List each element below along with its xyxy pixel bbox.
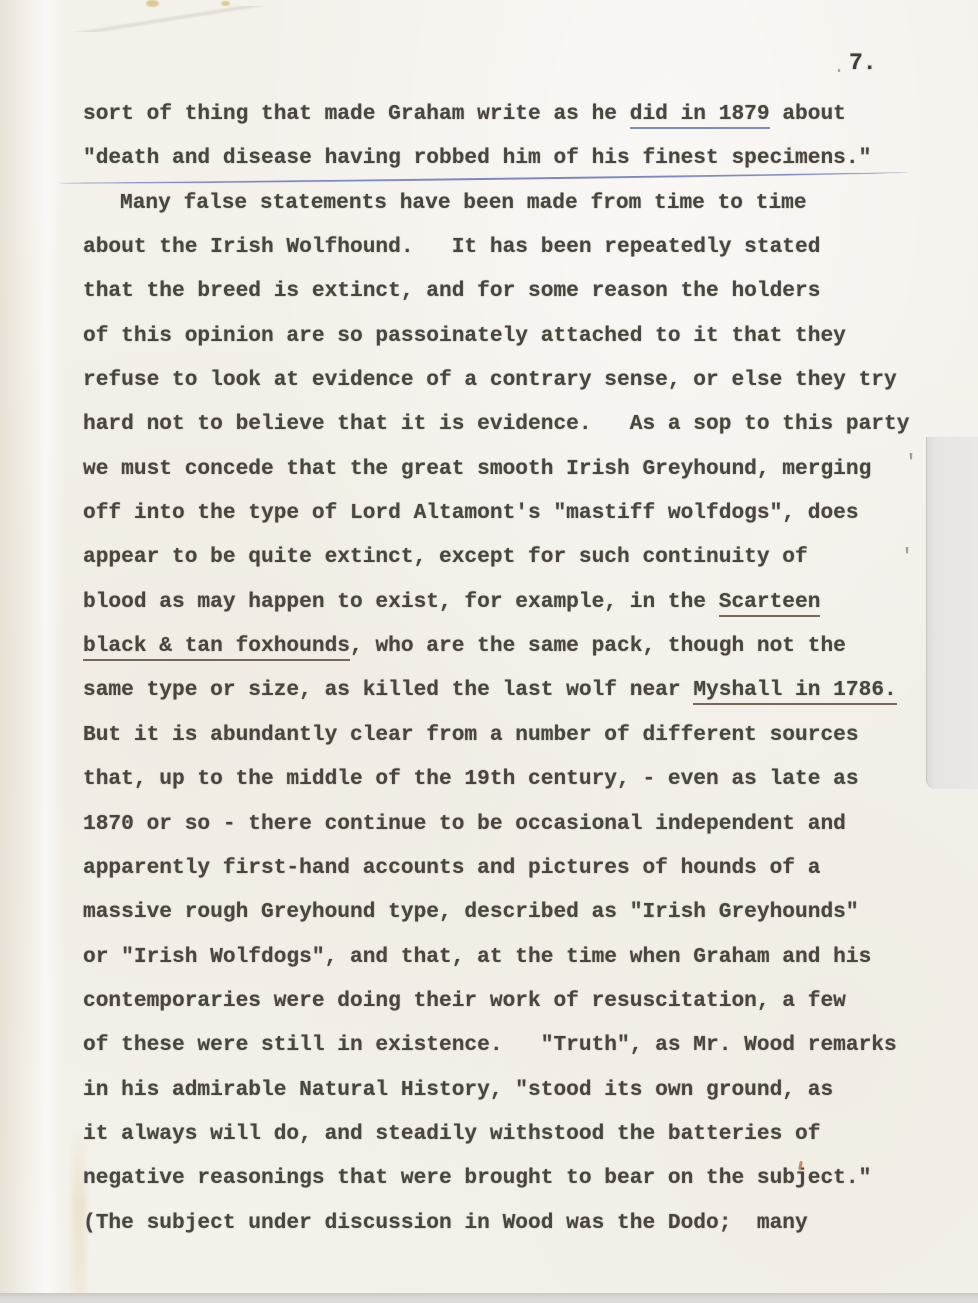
line-text: apparently first-hand accounts and pictu… xyxy=(83,856,820,880)
text-line: negative reasonings that were brought to… xyxy=(83,1156,909,1200)
line-text: of this opinion are so passoinately atta… xyxy=(83,324,846,348)
text-line: appear to be quite extinct, except for s… xyxy=(83,535,909,579)
line-text: refuse to look at evidence of a contrary… xyxy=(83,368,897,392)
scanned-page: . 7. sort of thing that made Graham writ… xyxy=(0,0,978,1303)
text-line: about the Irish Wolfhound. It has been r… xyxy=(83,225,909,269)
line-text: massive rough Greyhound type, described … xyxy=(83,900,859,924)
paper-speck xyxy=(221,1,230,6)
line-text: that the breed is extinct, and for some … xyxy=(83,279,820,303)
text-line: 1870 or so - there continue to be occasi… xyxy=(83,802,909,846)
line-text: about the Irish Wolfhound. It has been r… xyxy=(83,235,820,259)
line-text: or "Irish Wolfdogs", and that, at the ti… xyxy=(83,945,871,969)
text-line: apparently first-hand accounts and pictu… xyxy=(83,846,909,890)
text-line: massive rough Greyhound type, described … xyxy=(83,890,909,934)
text-line: refuse to look at evidence of a contrary… xyxy=(83,358,909,402)
line-text: it always will do, and steadily withstoo… xyxy=(83,1122,820,1146)
text-line: hard not to believe that it is evidence.… xyxy=(83,402,909,446)
line-text: same type or size, as killed the last wo… xyxy=(83,678,693,702)
line-text: of these were still in existence. "Truth… xyxy=(83,1033,897,1057)
underlined-text: did in 1879 xyxy=(630,102,770,129)
text-line: sort of thing that made Graham write as … xyxy=(83,92,909,136)
line-text: But it is abundantly clear from a number… xyxy=(83,723,859,747)
text-line: blood as may happen to exist, for exampl… xyxy=(83,580,909,624)
text-line: same type or size, as killed the last wo… xyxy=(83,668,909,712)
text-line: black & tan foxhounds, who are the same … xyxy=(83,624,909,668)
line-text: , who are the same pack, though not the xyxy=(350,634,846,658)
text-line: contemporaries were doing their work of … xyxy=(83,979,909,1023)
stray-ink-mark: ' xyxy=(901,546,913,569)
underlined-text: Myshall in 1786. xyxy=(693,678,896,705)
line-text: appear to be quite extinct, except for s… xyxy=(83,545,808,569)
paper-crease xyxy=(0,6,340,32)
text-line: of this opinion are so passoinately atta… xyxy=(83,314,909,358)
line-text: "death and disease having robbed him of … xyxy=(83,146,871,170)
line-text: hard not to believe that it is evidence.… xyxy=(83,412,909,436)
line-text: blood as may happen to exist, for exampl… xyxy=(83,590,719,614)
text-line: that, up to the middle of the 19th centu… xyxy=(83,757,909,801)
line-text: we must concede that the great smooth Ir… xyxy=(83,457,871,481)
line-text: about xyxy=(770,102,846,126)
line-text: (The subject under discussion in Wood wa… xyxy=(83,1211,808,1235)
text-line: (The subject under discussion in Wood wa… xyxy=(83,1201,909,1245)
text-line: we must concede that the great smooth Ir… xyxy=(83,447,909,491)
stray-ink-dot: . xyxy=(833,56,845,79)
text-line: in his admirable Natural History, "stood… xyxy=(83,1068,909,1112)
text-line: "death and disease having robbed him of … xyxy=(83,136,909,180)
text-line: that the breed is extinct, and for some … xyxy=(83,269,909,313)
text-line: it always will do, and steadily withstoo… xyxy=(83,1112,909,1156)
line-text: in his admirable Natural History, "stood… xyxy=(83,1078,833,1102)
text-line: But it is abundantly clear from a number… xyxy=(83,713,909,757)
line-text: that, up to the middle of the 19th centu… xyxy=(83,767,859,791)
scan-background-bottom xyxy=(0,1293,978,1303)
text-line: off into the type of Lord Altamont's "ma… xyxy=(83,491,909,535)
line-text: contemporaries were doing their work of … xyxy=(83,989,846,1013)
scan-background-right xyxy=(926,437,978,789)
paper-speck xyxy=(146,0,159,7)
line-text: sort of thing that made Graham write as … xyxy=(83,102,630,126)
text-line: Many false statements have been made fro… xyxy=(83,181,909,225)
line-text: Many false statements have been made fro… xyxy=(120,191,807,215)
underlined-text: Scarteen xyxy=(719,590,821,617)
page-number: 7. xyxy=(849,50,877,76)
text-line: or "Irish Wolfdogs", and that, at the ti… xyxy=(83,935,909,979)
typewritten-text: sort of thing that made Graham write as … xyxy=(83,92,909,1245)
line-text: off into the type of Lord Altamont's "ma… xyxy=(83,501,859,525)
stray-ink-mark: ' xyxy=(905,452,917,475)
line-text: 1870 or so - there continue to be occasi… xyxy=(83,812,846,836)
line-text: negative reasonings that were brought to… xyxy=(83,1166,871,1190)
text-line: of these were still in existence. "Truth… xyxy=(83,1023,909,1067)
underlined-text: black & tan foxhounds xyxy=(83,634,350,661)
